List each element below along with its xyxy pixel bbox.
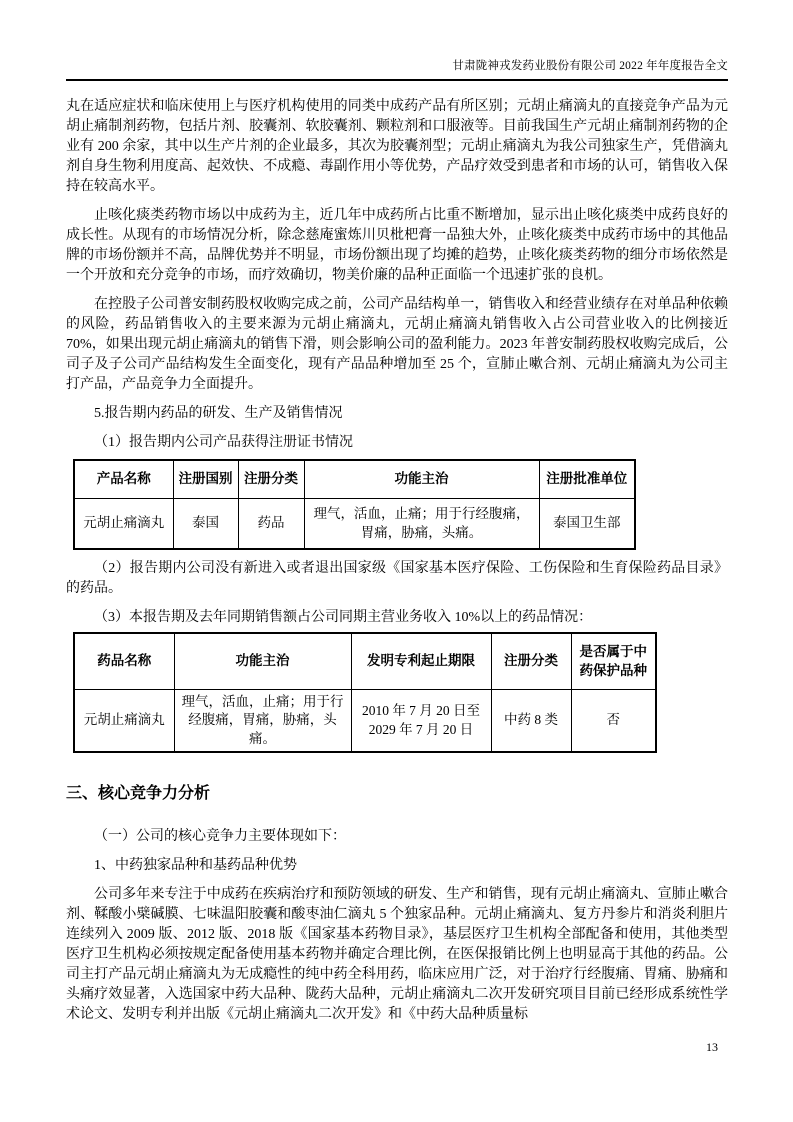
col-header-registration-class: 注册分类: [238, 460, 304, 499]
page-content: 甘肃陇神戎发药业股份有限公司 2022 年年度报告全文 丸在适应症状和临床使用上…: [66, 0, 728, 1025]
heading-item-5-1: （1）报告期内公司产品获得注册证书情况: [66, 433, 728, 453]
col-header-patent-term: 发明专利起止期限: [351, 633, 491, 690]
paragraph-item-5-2: （2）报告期内公司没有新进入或者退出国家级《国家基本医疗保险、工伤保险和生育保险…: [66, 559, 728, 599]
subheading-exclusive-varieties: 1、中药独家品种和基药品种优势: [66, 856, 728, 876]
table-row: 元胡止痛滴丸 理气，活血，止痛；用于行经腹痛，胃痛，胁痛，头痛。 2010 年 …: [74, 690, 656, 753]
heading-item-5-3: （3）本报告期及去年同期销售额占公司同期主营业务收入 10%以上的药品情况：: [66, 608, 728, 628]
cell-drug-name: 元胡止痛滴丸: [74, 690, 174, 753]
col-header-drug-name: 药品名称: [74, 633, 174, 690]
cell-product-name: 元胡止痛滴丸: [74, 499, 173, 550]
table-header-row: 药品名称 功能主治 发明专利起止期限 注册分类 是否属于中药保护品种: [74, 633, 656, 690]
header-rule: [66, 79, 728, 81]
cell-patent-term: 2010 年 7 月 20 日至 2029 年 7 月 20 日: [351, 690, 491, 753]
table-row: 元胡止痛滴丸 泰国 药品 理气，活血，止痛；用于行经腹痛，胃痛，胁痛，头痛。 泰…: [74, 499, 635, 550]
cell-indications: 理气，活血，止痛；用于行经腹痛，胃痛，胁痛，头痛。: [174, 690, 351, 753]
paragraph-puan-acquisition: 在控股子公司普安制药股权收购完成之前，公司产品结构单一，销售收入和经营业绩存在对…: [66, 295, 728, 395]
cell-tcm-protected: 否: [571, 690, 656, 753]
col-header-tcm-protected: 是否属于中药保护品种: [571, 633, 656, 690]
report-page: 甘肃陇神戎发药业股份有限公司 2022 年年度报告全文 丸在适应症状和临床使用上…: [0, 0, 793, 1122]
paragraph-competing-products: 丸在适应症状和临床使用上与医疗机构使用的同类中成药产品有所区别；元胡止痛滴丸的直…: [66, 97, 728, 197]
cell-registration-class: 药品: [238, 499, 304, 550]
paragraph-cough-market: 止咳化痰类药物市场以中成药为主，近几年中成药所占比重不断增加，显示出止咳化痰类中…: [66, 206, 728, 286]
document-header: 甘肃陇神戎发药业股份有限公司 2022 年年度报告全文: [66, 57, 728, 73]
page-number: 13: [706, 1040, 718, 1055]
cell-indications: 理气，活血，止痛；用于行经腹痛，胃痛，胁痛，头痛。: [304, 499, 539, 550]
document-header-title: 甘肃陇神戎发药业股份有限公司 2022 年年度报告全文: [452, 60, 728, 72]
col-header-indications: 功能主治: [174, 633, 351, 690]
col-header-registration-class: 注册分类: [491, 633, 571, 690]
col-header-approval-authority: 注册批准单位: [539, 460, 635, 499]
paragraph-exclusive-varieties: 公司多年来专注于中成药在疾病治疗和预防领域的研发、生产和销售，现有元胡止痛滴丸、…: [66, 885, 728, 1025]
cell-approval-authority: 泰国卫生部: [539, 499, 635, 550]
heading-item-5: 5.报告期内药品的研发、生产及销售情况: [66, 404, 728, 424]
col-header-registration-country: 注册国别: [173, 460, 238, 499]
col-header-indications: 功能主治: [304, 460, 539, 499]
subheading-core-competitiveness: （一）公司的核心竞争力主要体现如下：: [66, 827, 728, 847]
major-drug-table: 药品名称 功能主治 发明专利起止期限 注册分类 是否属于中药保护品种 元胡止痛滴…: [73, 632, 657, 753]
cell-registration-country: 泰国: [173, 499, 238, 550]
registration-certificate-table: 产品名称 注册国别 注册分类 功能主治 注册批准单位 元胡止痛滴丸 泰国 药品 …: [73, 459, 636, 550]
col-header-product-name: 产品名称: [74, 460, 173, 499]
cell-registration-class: 中药 8 类: [491, 690, 571, 753]
section-title-core-competitiveness: 三、核心竞争力分析: [66, 783, 728, 805]
table-header-row: 产品名称 注册国别 注册分类 功能主治 注册批准单位: [74, 460, 635, 499]
